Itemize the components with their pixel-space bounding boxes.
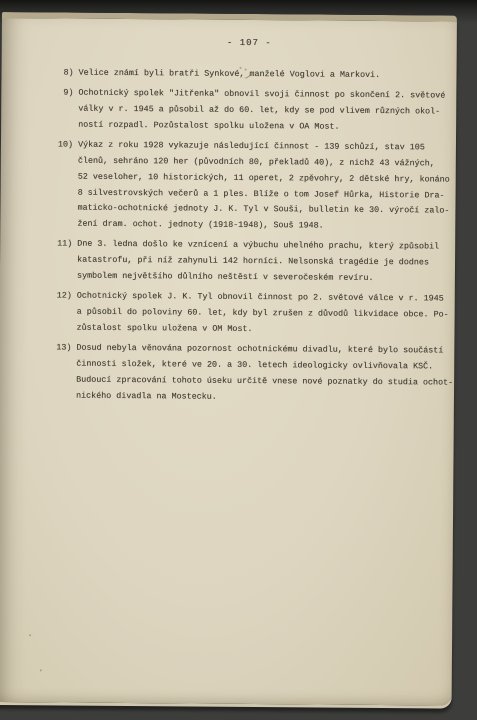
item-number: 13) [52,341,71,404]
text-line: ností rozpadl. Pozůstalost spolku uložen… [78,117,446,136]
page-number: - 107 - [202,36,297,53]
text-line: Velice známí byli bratři Synkové, manžel… [78,66,446,85]
scanned-book-photo: { "page": { "number": "- 107 -", "colors… [0,0,477,720]
item-text: Dosud nebyla věnována pozornost ochotnic… [76,341,453,407]
item-text: Dne 3. ledna došlo ke vznícení a výbuchu… [77,237,445,287]
page-content: - 107 - 8)Velice známí byli bratři Synko… [0,18,457,706]
list-item: 10)Výkaz z roku 1928 vykazuje následujíc… [53,138,446,236]
paper-speck [40,669,42,671]
item-text: Velice známí byli bratři Synkové, manžel… [78,66,446,85]
numbered-list: 8)Velice známí byli bratři Synkové, manž… [52,65,447,411]
paper-speck [29,634,31,636]
text-line: zůstalost spolku uložena v OM Most. [76,321,448,340]
text-line: žení dram. ochot. jednoty (1918-1948), S… [77,217,449,236]
item-number: 10) [53,138,73,233]
item-text: Ochotnický spolek J. K. Tyl obnovil činn… [76,289,448,339]
list-item: 11)Dne 3. ledna došlo ke vznícení a výbu… [53,237,445,287]
document-page: - 107 - 8)Velice známí byli bratři Synko… [0,12,457,706]
list-item: 12)Ochotnický spolek J. K. Tyl obnovil č… [52,289,444,339]
item-text: Výkaz z roku 1928 vykazuje následující č… [77,138,450,236]
item-number: 11) [53,237,72,285]
item-text: Ochotnický spolek "Jitřenka" obnovil svo… [78,86,446,136]
text-line: symbolem největšího důlního neštěstí v s… [77,269,445,288]
item-number: 12) [52,289,71,337]
list-item: 9)Ochotnický spolek "Jitřenka" obnovil s… [54,86,446,136]
text-line: nického divadla na Mostecku. [76,388,453,407]
item-number: 8) [54,65,73,81]
item-number: 9) [54,86,73,134]
list-item: 13)Dosud nebyla věnována pozornost ochot… [52,341,444,407]
list-item: 8)Velice známí byli bratři Synkové, manž… [54,65,446,84]
